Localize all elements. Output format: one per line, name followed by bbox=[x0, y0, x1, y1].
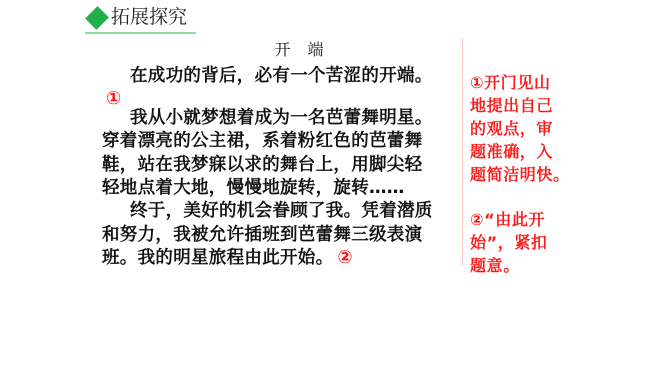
note-2-line: 题意。 bbox=[470, 255, 520, 277]
title-underline bbox=[85, 32, 196, 34]
note-1-line: 的观点，审 bbox=[470, 118, 553, 140]
annotation-marker-1: ① bbox=[106, 89, 121, 109]
essay-line: 轻地点着大地，慢慢地旋转，旋转…… bbox=[102, 177, 405, 199]
note-1-line: 题准确，入 bbox=[470, 141, 553, 163]
note-2-line: 始”，紧扣 bbox=[470, 232, 548, 254]
note-1-line: ①开门见山 bbox=[470, 72, 551, 94]
essay-line: 终于，美好的机会眷顾了我。凭着潜质 bbox=[130, 200, 433, 222]
column-divider bbox=[462, 38, 463, 266]
note-2-line: ②“由此开 bbox=[470, 209, 545, 231]
essay-line: 鞋，站在我梦寐以求的舞台上，用脚尖轻 bbox=[102, 154, 422, 176]
essay-line: 我从小就梦想着成为一名芭蕾舞明星。 bbox=[130, 107, 433, 129]
essay-title: 开 端 bbox=[252, 40, 352, 60]
annotation-marker-2: ② bbox=[337, 247, 353, 268]
essay-line: 班。我的明星旅程由此开始。② bbox=[102, 247, 353, 269]
section-title: 拓展探究 bbox=[111, 5, 187, 29]
essay-line: 和努力，我被允许插班到芭蕾舞三级表演 bbox=[102, 224, 422, 246]
essay-thesis-line: 在成功的背后，必有一个苦涩的开端。 bbox=[130, 65, 433, 87]
note-1-line: 地提出自己 bbox=[470, 95, 553, 117]
essay-line: 穿着漂亮的公主裙，系着粉红色的芭蕾舞 bbox=[102, 130, 422, 152]
slide-header: 拓展探究 bbox=[0, 0, 668, 40]
note-1-line: 题简洁明快。 bbox=[470, 164, 570, 186]
diamond-icon bbox=[85, 6, 109, 30]
essay-last-sentence: 班。我的明星旅程由此开始。 bbox=[102, 248, 333, 268]
